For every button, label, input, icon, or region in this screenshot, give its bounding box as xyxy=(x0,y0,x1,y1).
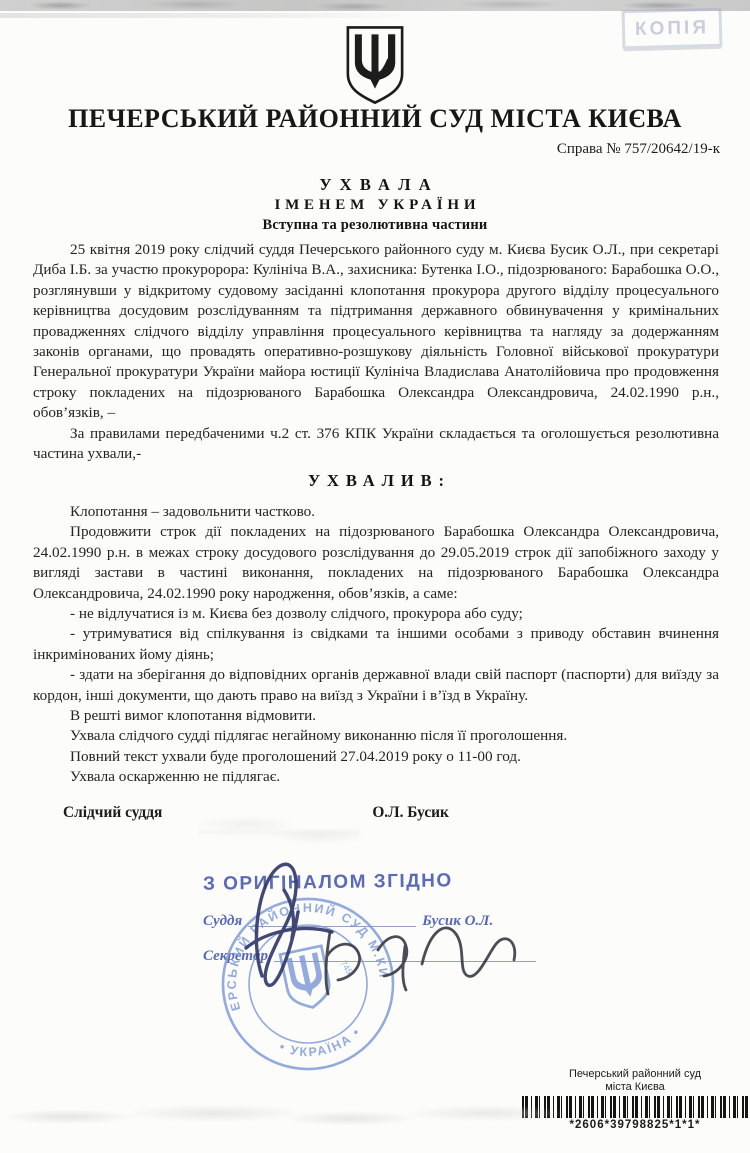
document-body: 25 квітня 2019 року слідчий суддя Печерс… xyxy=(33,240,719,823)
scan-artifact-top-streak xyxy=(0,13,420,18)
court-name-heading: ПЕЧЕРСЬКИЙ РАЙОННИЙ СУД МІСТА КИЄВА xyxy=(0,104,750,134)
ukraine-trident-emblem-icon xyxy=(341,23,409,107)
footer-court-line1: Печерський районний суд xyxy=(522,1068,748,1081)
signature-role: Слідчий суддя xyxy=(63,803,162,823)
footer-court-line2: міста Києва xyxy=(522,1081,748,1094)
paragraph-appeal: Ухвала оскарженню не підлягає. xyxy=(33,767,719,787)
case-number: Справа № 757/20642/19-к xyxy=(557,141,720,158)
decision-title-block: УХВАЛА ІМЕНЕМ УКРАЇНИ Вступна та резолют… xyxy=(0,175,750,234)
obligation-item: - здати на зберігання до відповідних орг… xyxy=(33,665,719,706)
paragraph-execution: Ухвала слідчого судді підлягає негайному… xyxy=(33,726,719,746)
scan-bleedthrough-smudge xyxy=(198,814,360,848)
scanned-court-document: КОПІЯ ПЕЧЕРСЬКИЙ РАЙОННИЙ СУД МІСТА КИЄВ… xyxy=(0,0,750,1153)
seal-bottom-text: • УКРАЇНА • xyxy=(275,1023,367,1067)
scan-artifact-bottom-band xyxy=(0,1098,565,1132)
obligation-item: - утримуватися від спілкування із свідка… xyxy=(33,624,719,665)
obligation-item: - не відлучатися із м. Києва без дозволу… xyxy=(33,604,719,624)
resolution-heading: УХВАЛИВ: xyxy=(33,471,719,491)
paragraph-extend: Продовжити строк дії покладених на підоз… xyxy=(33,522,719,604)
svg-text:• УКРАЇНА •: • УКРАЇНА • xyxy=(275,1023,367,1067)
copy-stamp-label: КОПІЯ xyxy=(635,17,710,41)
paragraph-intro: 25 квітня 2019 року слідчий суддя Печерс… xyxy=(33,240,719,424)
paragraph-fulltext: Повний текст ухвали буде проголошений 27… xyxy=(33,747,719,767)
paragraph-rules: За правилами передбаченими ч.2 ст. 376 К… xyxy=(33,424,719,465)
decision-title: УХВАЛА xyxy=(0,175,750,195)
decision-part-label: Вступна та резолютивна частини xyxy=(0,217,750,234)
paragraph-granted: Клопотання – задовольнити частково. xyxy=(33,502,719,522)
copy-stamp: КОПІЯ xyxy=(622,8,723,50)
decision-subtitle: ІМЕНЕМ УКРАЇНИ xyxy=(0,197,750,214)
paragraph-refuse: В решті вимог клопотання відмовити. xyxy=(33,706,719,726)
secretary-handwritten-signature xyxy=(316,906,526,1006)
signature-name: О.Л. Бусик xyxy=(372,803,449,823)
signature-row: Слідчий суддя О.Л. Бусик xyxy=(33,803,719,823)
